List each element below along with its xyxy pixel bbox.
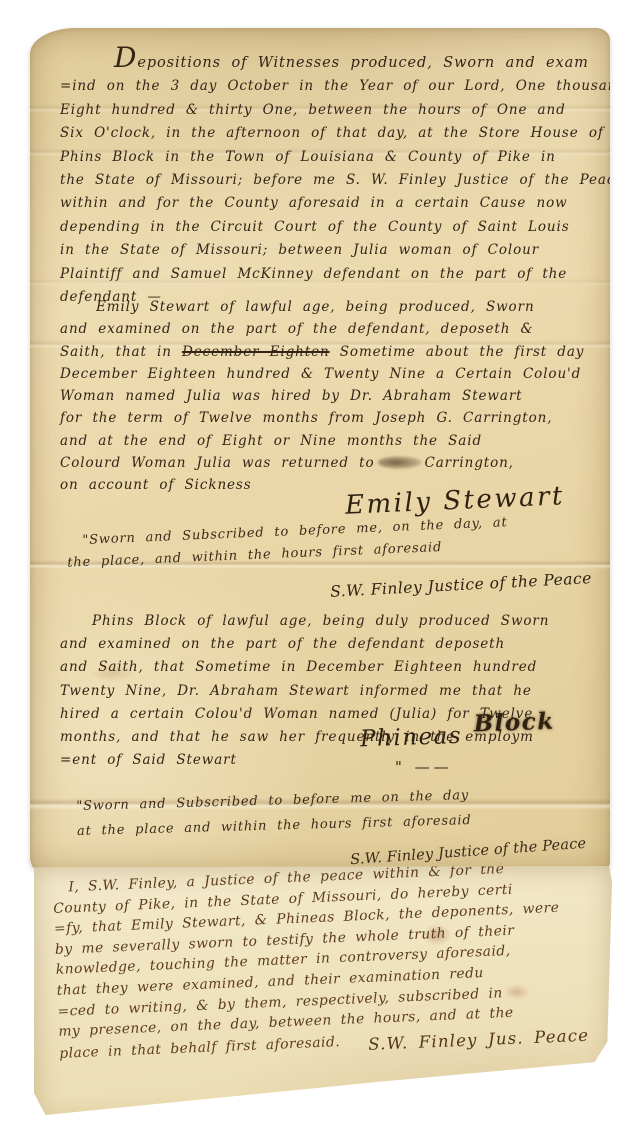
paper-sheet-bottom: I, S.W. Finley, a Justice of the peace w… (34, 866, 612, 1124)
handwritten-line: depending in the Circuit Court of the Co… (60, 216, 600, 239)
handwritten-line: Saith, that in December Eighten Sometime… (60, 341, 600, 363)
paper-sheet-top: Depositions of Witnesses produced, Sworn… (30, 28, 610, 872)
handwritten-line: Phins Block of lawful age, being duly pr… (60, 610, 608, 633)
handwritten-line: Woman named Julia was hired by Dr. Abrah… (60, 385, 600, 407)
handwritten-line: Plaintiff and Samuel McKinney defendant … (60, 263, 600, 286)
signature-first-name: Phineas (360, 723, 463, 753)
handwritten-line: and at the end of Eight or Nine months t… (60, 430, 600, 452)
finley-signature: S.W. Finley Justice of the Peace (350, 836, 587, 868)
line-text: Sometime about the first day (330, 344, 585, 360)
finley-signature: S.W. Finley Jus. Peace (368, 1025, 590, 1053)
struck-text: December Eighten (182, 344, 330, 360)
handwritten-line: and examined on the part of the defendan… (60, 318, 600, 340)
handwritten-line: the State of Missouri; before me S. W. F… (60, 169, 600, 192)
document-scan: Depositions of Witnesses produced, Sworn… (0, 0, 640, 1148)
line-text: Colourd Woman Julia was returned to (60, 455, 375, 471)
finley-signature: S.W. Finley Justice of the Peace (330, 569, 593, 601)
handwritten-line: Colourd Woman Julia was returned toCarri… (60, 452, 600, 474)
handwritten-line: and Saith, that Sometime in December Eig… (60, 656, 608, 679)
handwritten-line: and examined on the part of the defendan… (60, 633, 608, 656)
opening-paragraph: Depositions of Witnesses produced, Sworn… (60, 46, 600, 309)
handwritten-line: within and for the County aforesaid in a… (60, 192, 600, 215)
handwritten-line: for the term of Twelve months from Josep… (60, 407, 600, 429)
handwritten-line: Emily Stewart of lawful age, being produ… (60, 296, 600, 318)
handwritten-line: Twenty Nine, Dr. Abraham Stewart informe… (60, 680, 608, 703)
handwritten-line: =ind on the 3 day October in the Year of… (60, 75, 600, 98)
line-text: Carrington, (425, 455, 514, 471)
handwritten-line: Depositions of Witnesses produced, Sworn… (60, 46, 600, 75)
line-text: Saith, that in (60, 344, 182, 360)
ink-smudge (378, 456, 422, 469)
handwritten-line: in the State of Missouri; between Julia … (60, 239, 600, 262)
handwritten-line: Phins Block in the Town of Louisiana & C… (60, 146, 600, 169)
jurat-phineas: "Sworn and Subscribed to before me on th… (76, 783, 472, 844)
emily-stewart-deposition: Emily Stewart of lawful age, being produ… (60, 296, 600, 497)
handwritten-line: Eight hundred & thirty One, between the … (60, 99, 600, 122)
certification-paragraph: I, S.W. Finley, a Justice of the peace w… (52, 866, 611, 1064)
jurat-emily: "Sworn and Subscribed to before me, on t… (82, 512, 509, 574)
phineas-block-deposition: Phins Block of lawful age, being duly pr… (60, 610, 608, 772)
signature-surname: Block (473, 708, 555, 738)
ditto-mark: " —— (395, 758, 453, 776)
handwritten-line: =ent of Said Stewart (60, 749, 608, 772)
handwritten-line: Six O'clock, in the afternoon of that da… (60, 122, 600, 145)
handwritten-line: December Eighteen hundred & Twenty Nine … (60, 363, 600, 385)
